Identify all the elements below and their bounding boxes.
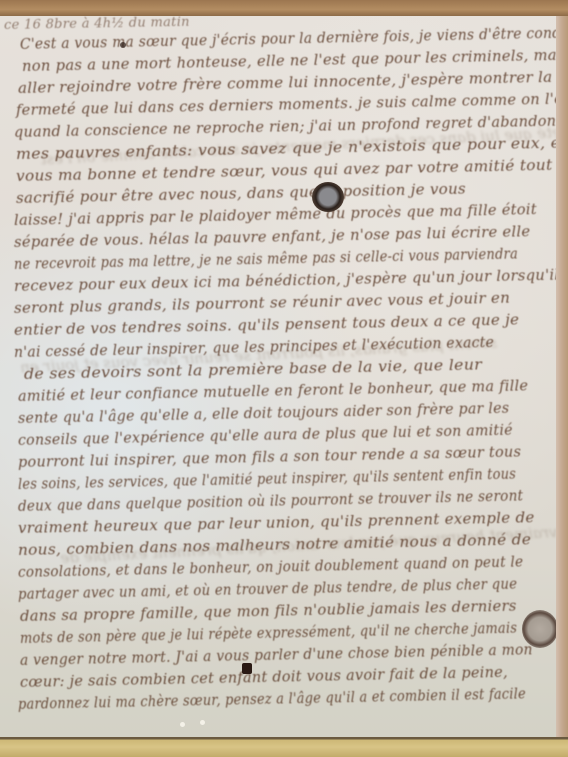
frame-right-edge <box>556 16 568 741</box>
paper-hole <box>312 182 344 212</box>
letter-header: ce 16 8bre à 4h½ du matin <box>4 16 190 33</box>
ink-blot <box>120 42 126 48</box>
frame-top-edge <box>0 0 568 16</box>
glare-spot <box>200 720 205 725</box>
letter-paper: fermeté que lui dans ces derniers moment… <box>0 16 556 737</box>
glare-spot <box>180 722 185 727</box>
paper-hole <box>522 610 556 648</box>
frame-bottom-mat <box>0 737 568 757</box>
ink-blot <box>242 663 252 674</box>
